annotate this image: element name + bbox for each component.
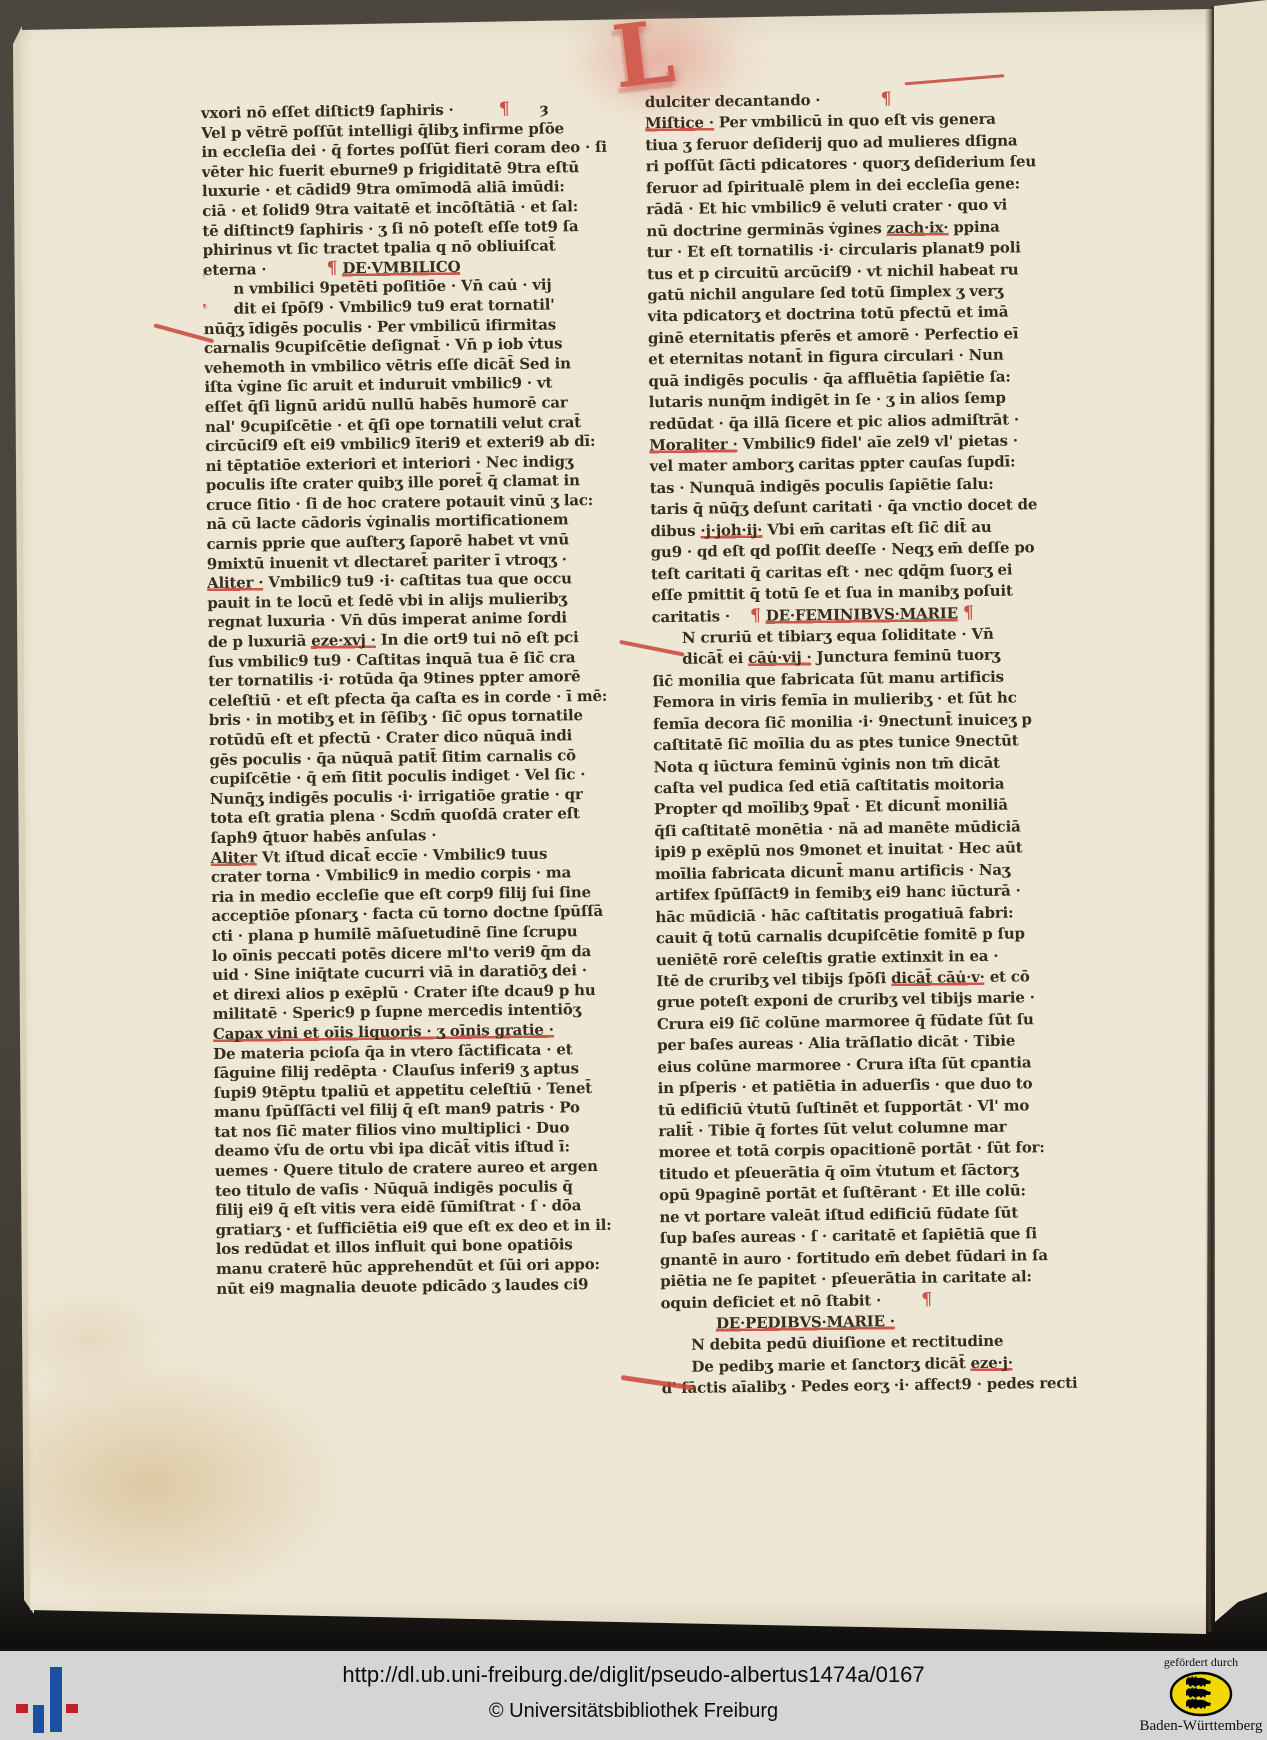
page-content: L vxori nō eſſet diſtict9 ſaphiris · ¶ ȝ… bbox=[0, 0, 1267, 1648]
book-photograph: L vxori nō eſſet diſtict9 ſaphiris · ¶ ȝ… bbox=[0, 0, 1267, 1648]
rubricated-initial: I bbox=[645, 1306, 662, 1358]
funding-block: gefördert durch Baden-Württemberg bbox=[1138, 1656, 1264, 1734]
baden-wuerttemberg-emblem bbox=[1169, 1671, 1233, 1717]
text-line: d' ſāctis aīalibʒ · Pedes eorʒ ·i· affec… bbox=[662, 1373, 1090, 1400]
manuscript-column-1: vxori nō eſſet diſtict9 ſaphiris · ¶ ȝVe… bbox=[201, 99, 638, 1314]
viewer-footer-bar: http://dl.ub.uni-freiburg.de/diglit/pseu… bbox=[0, 1648, 1267, 1740]
funding-label: gefördert durch bbox=[1138, 1656, 1264, 1669]
source-url: http://dl.ub.uni-freiburg.de/diglit/pseu… bbox=[0, 1662, 1267, 1688]
manuscript-column-2: dulciter decantando · ¶Miſtice · Per vmb… bbox=[645, 87, 1090, 1412]
copyright-line: © Universitätsbibliothek Freiburg bbox=[0, 1700, 1267, 1723]
funding-region: Baden-Württemberg bbox=[1138, 1718, 1264, 1734]
rubrication-stroke bbox=[905, 74, 1005, 85]
